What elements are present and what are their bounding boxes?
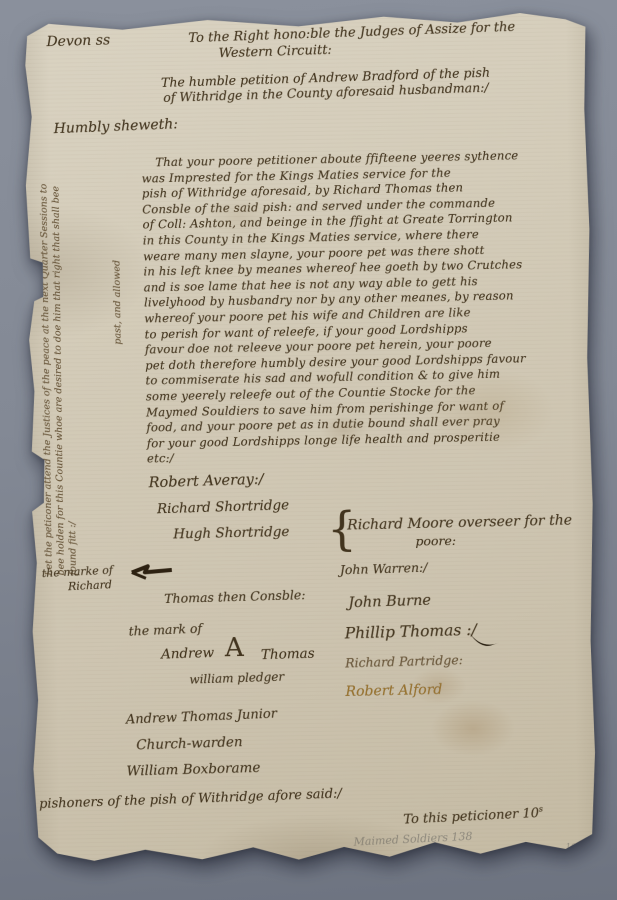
marke-of-name: Richard [68,578,112,593]
parishioners-line: pishoners of the pish of Withridge afore… [39,786,342,812]
award-line: To this peticioner 10s [403,804,544,827]
address-line-2: Western Circuitt: [218,43,332,62]
award-superscript: s [539,804,544,813]
signature-richard-partridge: Richard Partridge: [345,652,463,670]
photograph-background: { "document_type": "handwritten petition… [0,0,617,900]
margin-order-note: Let the peticoner attend the Justices of… [38,173,80,575]
signature-john-warren: John Warren:/ [340,560,428,578]
signature-hugh-shortridge: Hugh Shortridge [173,524,289,543]
signature-church-warden: Church-warden [136,734,243,753]
andrew-thomas-mark-letter: A [225,633,244,663]
signature-thomas-consble: Thomas then Consble: [164,587,306,606]
mark-of-label-2: the mark of [128,621,202,639]
richard-thomas-mark-icon [128,560,176,587]
signature-phillip-thomas: Phillip Thomas :/ [344,621,476,643]
address-line-1: To the Right hono:ble the Judges of Assi… [188,20,515,46]
signature-richard-moore-line-2: poore: [415,533,456,549]
pencil-archive-note: Maimed Soldiers 138 [353,830,472,849]
petition-manuscript: Devon ss To the Right hono:ble the Judge… [20,6,600,872]
signature-john-burne: John Burne [348,593,431,612]
salutation: Humbly sheweth: [53,116,178,137]
signature-andrew-thomas-junior: Andrew Thomas Junior [126,707,278,728]
signature-andrew-last: Thomas [261,646,315,663]
award-text: To this peticioner 10 [403,806,539,828]
signature-william-boxborame: William Boxborame [126,760,260,780]
signature-robert-averay: Robert Averay:/ [148,472,264,492]
paper-sheet: Devon ss To the Right hono:ble the Judge… [20,6,600,872]
signature-andrew-first: Andrew [161,645,215,663]
signature-richard-moore-line-1: Richard Moore overseer for the [347,512,572,533]
ink-flourish-icon [467,629,501,649]
signature-william-pledger: william pledger [189,670,284,687]
margin-filing-note: past, and allowed [110,165,124,345]
county-heading: Devon ss [46,32,110,50]
petition-body: That your poore petitioner aboute ffifte… [141,147,593,467]
signature-richard-shortridge: Richard Shortridge [157,497,290,517]
pencil-year-note: 1660 [566,842,586,851]
signature-robert-alford: Robert Alford [345,682,442,700]
